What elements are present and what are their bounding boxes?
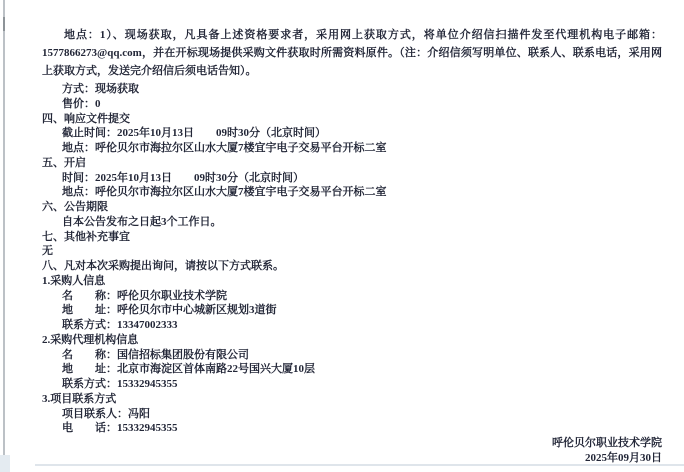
page-left-edge [3,0,5,456]
doc-line: 无 [42,244,662,259]
doc-line: 截止时间：2025年10月13日 09时30分（北京时间） [42,126,662,141]
document-page: 地点：1）、现场获取，凡具备上述资格要求者，采用网上获取方式，将单位介绍信扫描件… [6,0,684,465]
doc-line: 五、开启 [42,156,662,171]
doc-line: 联系方式：13347002333 [42,318,662,333]
doc-line: 地 址：呼伦贝尔市中心城新区规划3道街 [42,303,662,318]
page-corner-gap [0,455,10,472]
doc-line: 电 话：15332945355 [42,421,662,436]
signature-org: 呼伦贝尔职业技术学院 [42,436,662,451]
doc-line: 售价：0 [42,97,662,112]
signature-block: 呼伦贝尔职业技术学院 2025年09月30日 [42,436,662,466]
doc-line: 方式：现场获取 [42,82,662,97]
doc-line: 四、响应文件提交 [42,112,662,127]
page-left-edge-shadow [3,17,5,31]
doc-line: 联系方式：15332945355 [42,377,662,392]
doc-line: 八、凡对本次采购提出询问，请按以下方式联系。 [42,259,662,274]
document-lines: 方式：现场获取售价：0四、响应文件提交截止时间：2025年10月13日 09时3… [42,82,662,436]
doc-line: 地 址：北京市海淀区首体南路22号国兴大厦10层 [42,362,662,377]
doc-line: 时间：2025年10月13日 09时30分（北京时间） [42,171,662,186]
doc-line: 自本公告发布之日起3个工作日。 [42,215,662,230]
doc-line: 项目联系人：冯阳 [42,407,662,422]
doc-line: 地点：呼伦贝尔市海拉尔区山水大厦7楼宜宇电子交易平台开标二室 [42,141,662,156]
doc-line: 1.采购人信息 [42,274,662,289]
doc-line: 2.采购代理机构信息 [42,333,662,348]
doc-line: 地点：呼伦贝尔市海拉尔区山水大厦7楼宜宇电子交易平台开标二室 [42,185,662,200]
location-paragraph: 地点：1）、现场获取，凡具备上述资格要求者，采用网上获取方式，将单位介绍信扫描件… [42,26,662,80]
doc-line: 六、公告期限 [42,200,662,215]
doc-line: 七、其他补充事宜 [42,230,662,245]
page-bottom-edge [35,464,684,466]
document-content: 地点：1）、现场获取，凡具备上述资格要求者，采用网上获取方式，将单位介绍信扫描件… [42,26,662,466]
doc-line: 名 称：呼伦贝尔职业技术学院 [42,289,662,304]
doc-line: 3.项目联系方式 [42,392,662,407]
doc-line: 名 称：国信招标集团股份有限公司 [42,348,662,363]
